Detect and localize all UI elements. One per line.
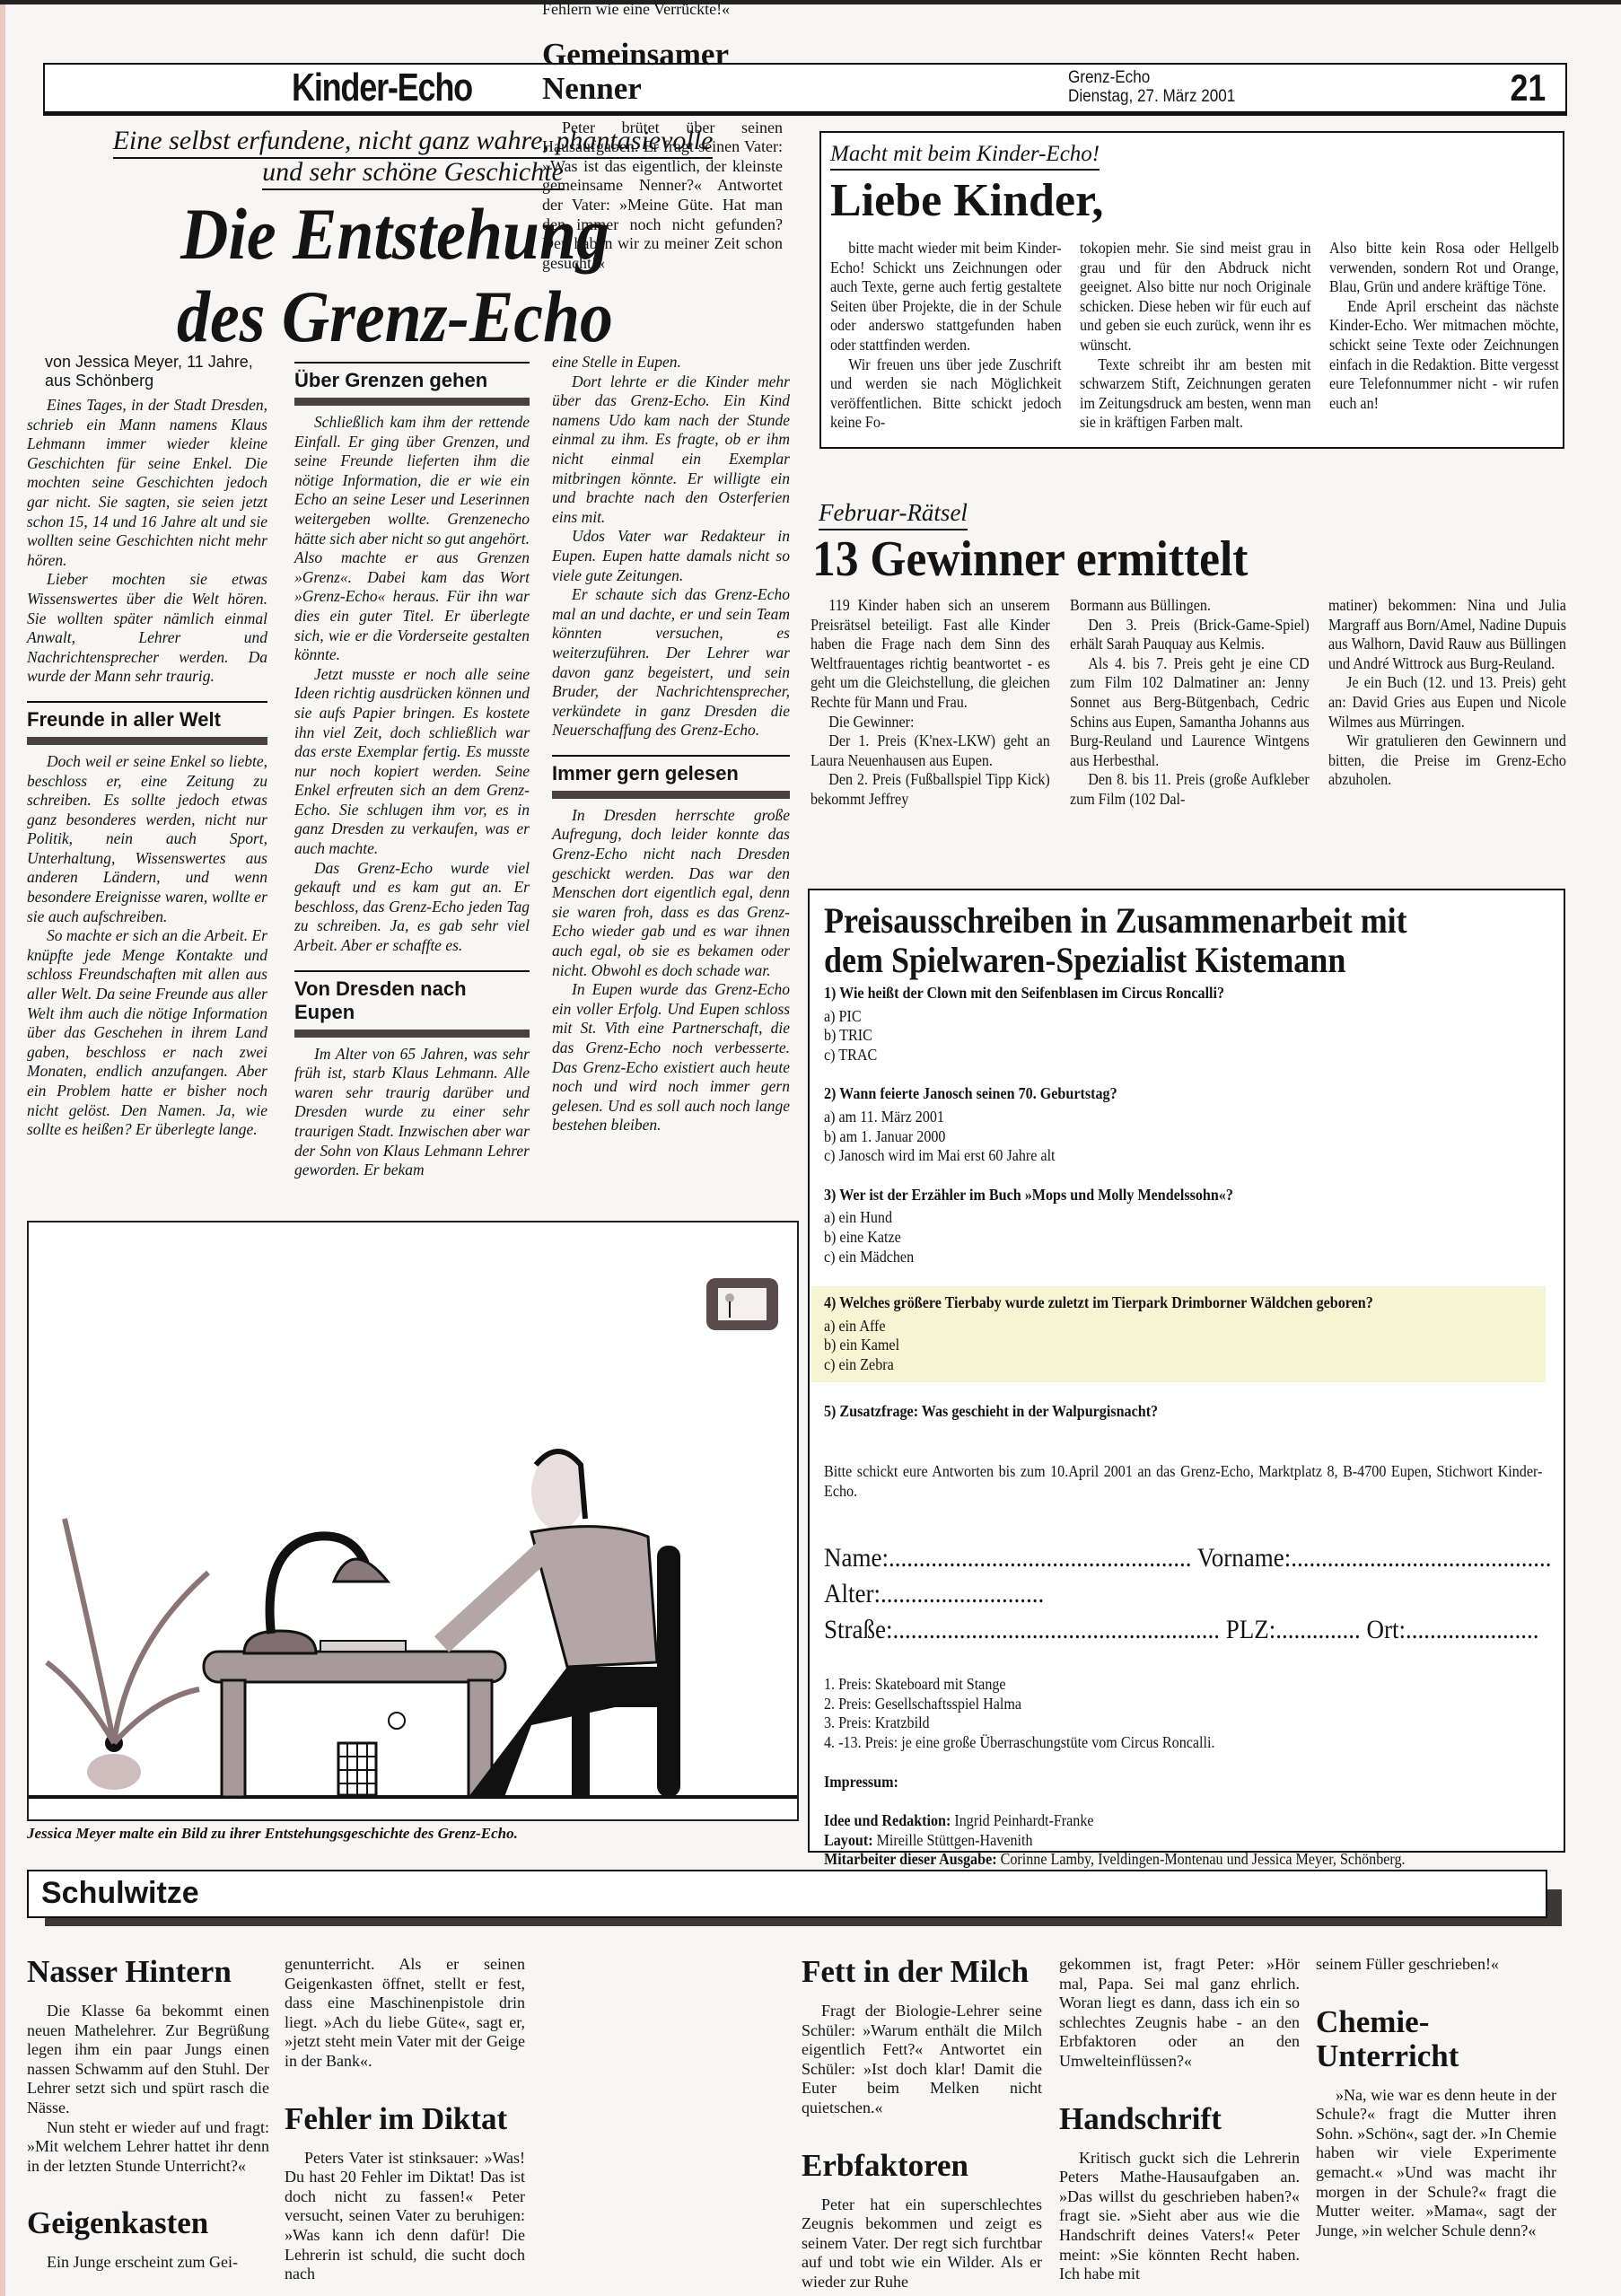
paragraph: Das Grenz-Echo wurde viel gekauft und es… [294,859,530,956]
paragraph: Die Gewinner: [810,713,1050,732]
question-text: 2) Wann feierte Janosch seinen 70. Gebur… [824,1084,1485,1104]
plz-label: PLZ: [1226,1615,1276,1644]
paragraph: Wir freuen uns über jede Zuschrift und w… [830,355,1062,433]
strasse-label: Straße: [824,1615,892,1644]
prize-item: 3. Preis: Kratzbild [824,1713,1485,1733]
schulwitze-bar-shadow [1547,1889,1562,1925]
paragraph: Also bitte kein Rosa oder Hellgelb verwe… [1329,239,1559,297]
drawing-illustration [29,1222,797,1819]
subhead: Über Grenzen gehen [294,362,530,406]
story-column-3: eine Stelle in Eupen. Dort lehrte er die… [552,353,790,1135]
quiz: 1) Wie heißt der Clown mit den Seifenbla… [824,984,1542,1870]
paragraph: matiner) bekommen: Nina und Julia Margra… [1328,596,1566,673]
paragraph: eine Stelle in Eupen. [552,353,790,372]
jokes-column-2: genunterricht. Als er seinen Geigenkaste… [285,1955,525,2284]
jokes-column-4: Fett in der Milch Fragt der Biologie-Leh… [802,1955,1042,2292]
answer-option: a) PIC [824,1007,1485,1027]
question-text: 4) Welches größere Tierbaby wurde zuletz… [824,1293,1476,1313]
question-text: 3) Wer ist der Erzähler im Buch »Mops un… [824,1186,1485,1205]
impressum-mitarbeiter: Mitarbeiter dieser Ausgabe: Corinne Lamb… [824,1850,1542,1870]
paragraph: Im Alter von 65 Jahren, was sehr früh is… [294,1045,530,1180]
kicker-text: und sehr schöne Geschichte [262,157,564,190]
paragraph: Lieber mochten sie etwas Wissenswertes ü… [27,570,267,687]
page-edge [0,0,5,2296]
joke-title: Chemie-Unterricht [1316,2005,1556,2073]
impressum-label: Idee und Redaktion: [824,1811,951,1829]
byline: von Jessica Meyer, 11 Jahre, aus Schönbe… [27,353,267,390]
impressum-value: Ingrid Peinhardt-Franke [951,1811,1093,1829]
joke-title: Fehler im Diktat [285,2102,525,2136]
prize-item: 2. Preis: Gesellschaftsspiel Halma [824,1695,1485,1714]
lamp-icon [244,1631,316,1653]
answer-option: b) am 1. Januar 2000 [824,1127,1485,1147]
paragraph: Texte schreibt ihr am besten mit schwarz… [1080,355,1311,433]
jokes-column-5: gekommen ist, fragt Peter: »Hör mal, Pap… [1059,1955,1300,2284]
section-title: Kinder-Echo [292,65,472,111]
prize-list: 1. Preis: Skateboard mit Stange 2. Preis… [824,1675,1542,1752]
name-field[interactable]: ........................................… [889,1543,1192,1573]
joke-text: gekommen ist, fragt Peter: »Hör mal, Pap… [1059,1955,1300,2072]
joke-text: Nun steht er wieder auf und fragt: »Mit … [27,2118,269,2177]
ort-label: Ort: [1366,1615,1405,1644]
vorname-label: Vorname: [1197,1543,1291,1573]
answer-option: c) ein Zebra [824,1355,1476,1375]
impressum-value: Mireille Stüttgen-Havenith [873,1831,1033,1849]
masthead: Kinder-Echo Grenz-Echo Dienstag, 27. Mär… [43,63,1567,116]
vorname-field[interactable]: ........................................… [1291,1543,1551,1573]
paragraph: Den 8. bis 11. Preis (große Aufkleber zu… [1070,770,1310,809]
joke-title: Nasser Hintern [27,1955,269,1989]
page-top-edge [0,0,1621,4]
jokes-column-6: seinem Füller geschrieben!« Chemie-Unter… [1316,1955,1556,2240]
paragraph: Als 4. bis 7. Preis geht je eine CD zum … [1070,654,1310,771]
impressum-layout: Layout: Mireille Stüttgen-Havenith [824,1831,1485,1851]
answer-option: a) ein Hund [824,1208,1485,1228]
impressum-label: Layout: [824,1831,873,1849]
answer-option: c) ein Mädchen [824,1248,1485,1267]
jokes-column-1: Nasser Hintern Die Klasse 6a bekommt ein… [27,1955,269,2273]
paragraph: Bormann aus Büllingen. [1070,596,1310,616]
raetsel-column-1: 119 Kinder haben sich an unserem Preisrä… [810,596,1050,810]
person-icon [531,1454,585,1529]
subhead: Immer gern gelesen [552,755,790,799]
paper-info: Grenz-Echo Dienstag, 27. März 2001 [1068,68,1235,106]
desk-icon [204,1652,505,1682]
liebe-kinder-column-3: Also bitte kein Rosa oder Hellgelb verwe… [1329,239,1559,413]
preisausschreiben-title: Preisausschreiben in Zusammenarbeit mit … [824,901,1551,980]
schulwitze-bar: Schulwitze [27,1870,1547,1918]
jokes-column-3: Fehlern wie eine Verrückte!« Gemeinsamer… [542,0,783,273]
joke-text: Peters Vater ist stinksauer: »Was! Du ha… [285,2149,525,2284]
liebe-kinder-box: Macht mit beim Kinder-Echo! Liebe Kinder… [819,131,1564,449]
paragraph: Der 1. Preis (K'nex-LKW) geht an Laura N… [810,732,1050,770]
liebe-kinder-kicker: Macht mit beim Kinder-Echo! [830,142,1100,171]
quiz-question-5: 5) Zusatzfrage: Was geschieht in der Wal… [824,1402,1542,1422]
joke-text: Kritisch guckt sich die Lehrerin Peters … [1059,2149,1300,2284]
paragraph: 119 Kinder haben sich an unserem Preisrä… [810,596,1050,713]
answer-option: b) ein Kamel [824,1336,1476,1355]
raetsel-kicker: Februar-Rätsel [819,499,968,530]
impressum-label: Mitarbeiter dieser Ausgabe: [824,1850,997,1868]
send-info: Bitte schickt eure Antworten bis zum 10.… [824,1462,1542,1501]
strasse-field[interactable]: ........................................… [892,1615,1220,1644]
question-text: 5) Zusatzfrage: Was geschieht in der Wal… [824,1402,1485,1422]
story-column-2: Über Grenzen gehen Schließlich kam ihm d… [294,353,530,1180]
quiz-question-1: 1) Wie heißt der Clown mit den Seifenbla… [824,984,1542,1065]
paragraph: Jetzt musste er noch alle seine Ideen ri… [294,665,530,859]
title-line: Preisausschreiben in Zusammenarbeit mit [824,901,1551,941]
liebe-kinder-column-1: bitte macht wieder mit beim Kinder-Echo!… [830,239,1062,433]
joke-text: seinem Füller geschrieben!« [1316,1955,1556,1975]
quiz-question-4: 4) Welches größere Tierbaby wurde zuletz… [811,1286,1546,1381]
joke-title: Geigenkasten [27,2206,269,2240]
paragraph: Wir gratulieren den Gewinnern und bitten… [1328,732,1566,790]
plz-field[interactable]: .............. [1275,1615,1361,1644]
story-column-1: von Jessica Meyer, 11 Jahre, aus Schönbe… [27,353,267,1140]
paragraph: Udos Vater war Redakteur in Eupen. Eupen… [552,527,790,585]
page-number: 21 [1511,65,1547,111]
impressum-heading: Impressum: [824,1773,1485,1792]
subhead: Freunde in aller Welt [27,701,267,745]
paragraph: Dort lehrte er die Kinder mehr über das … [552,372,790,528]
paragraph: Er schaute sich das Grenz-Echo mal an un… [552,585,790,741]
answer-option: b) TRIC [824,1026,1485,1046]
paragraph: Ende April erscheint das nächste Kinder-… [1329,297,1559,414]
paragraph: In Dresden herrschte große Aufregung, do… [552,806,790,980]
paragraph: bitte macht wieder mit beim Kinder-Echo!… [830,239,1062,355]
joke-text: genunterricht. Als er seinen Geigenkaste… [285,1955,525,2072]
raetsel-column-2: Bormann aus Büllingen. Den 3. Preis (Bri… [1070,596,1310,810]
quiz-question-3: 3) Wer ist der Erzähler im Buch »Mops un… [824,1186,1542,1266]
liebe-kinder-title: Liebe Kinder, [830,174,1103,228]
drawing-caption: Jessica Meyer malte ein Bild zu ihrer En… [27,1825,518,1843]
paragraph: tokopien mehr. Sie sind meist grau in gr… [1080,239,1311,355]
name-label: Name: [824,1543,889,1573]
joke-text: »Na, wie war es denn heute in der Schule… [1316,2086,1556,2241]
joke-text: Ein Junge erscheint zum Gei- [27,2253,269,2273]
answer-option: b) eine Katze [824,1228,1485,1248]
preisausschreiben-box: Preisausschreiben in Zusammenarbeit mit … [808,889,1565,1853]
joke-text: Peter brütet über seinen Hausaufgaben. E… [542,118,783,274]
joke-text: Die Klasse 6a bekommt einen neuen Mathel… [27,2002,269,2118]
answer-option: c) Janosch wird im Mai erst 60 Jahre alt [824,1146,1485,1166]
paragraph: Den 2. Preis (Fußballspiel Tipp Kick) be… [810,770,1050,809]
paragraph: In Eupen wurde das Grenz-Echo ein voller… [552,980,790,1135]
plant-pot-icon [87,1754,141,1790]
quiz-question-2: 2) Wann feierte Janosch seinen 70. Gebur… [824,1084,1542,1165]
paragraph: Doch weil er seine Enkel so liebte, besc… [27,752,267,926]
paragraph: Eines Tages, in der Stadt Dresden, schri… [27,396,267,570]
joke-text: Fragt der Biologie-Lehrer seine Schüler:… [802,2002,1042,2118]
answer-option: a) am 11. März 2001 [824,1108,1485,1127]
joke-title: Fett in der Milch [802,1955,1042,1989]
paragraph: Den 3. Preis (Brick-Game-Spiel) erhält S… [1070,616,1310,654]
schulwitze-title: Schulwitze [41,1875,199,1911]
joke-title: Gemeinsamer Nenner [542,38,783,106]
headline-line: des Grenz-Echo [112,276,678,358]
title-line: dem Spielwaren-Spezialist Kistemann [824,941,1551,980]
impressum-value: Corinne Lamby, Iveldingen-Montenau und J… [997,1850,1406,1868]
answer-option: c) TRAC [824,1046,1485,1065]
joke-title: Handschrift [1059,2102,1300,2136]
joke-text: Fehlern wie eine Verrückte!« [542,0,783,20]
prize-item: 4. -13. Preis: je eine große Überraschun… [824,1733,1485,1753]
form-row-address: Straße:.................................… [824,1612,1470,1648]
subhead: Von Dresden nach Eupen [294,970,530,1038]
answer-option: a) ein Affe [824,1317,1476,1336]
alter-field[interactable]: ........................... [881,1579,1044,1608]
schulwitze-bar-shadow [45,1918,1562,1926]
paragraph: Schließlich kam ihm der rettende Einfall… [294,413,530,665]
form-row-name: Name:...................................… [824,1540,1470,1576]
prize-item: 1. Preis: Skateboard mit Stange [824,1675,1485,1695]
raetsel-column-3: matiner) bekommen: Nina und Julia Margra… [1328,596,1566,790]
paragraph: So machte er sich an die Arbeit. Er knüp… [27,926,267,1140]
issue-date: Dienstag, 27. März 2001 [1068,87,1235,106]
joke-title: Erbfaktoren [802,2149,1042,2183]
child-drawing [27,1221,799,1821]
liebe-kinder-column-2: tokopien mehr. Sie sind meist grau in gr… [1080,239,1311,433]
impressum-idee: Idee und Redaktion: Ingrid Peinhardt-Fra… [824,1811,1485,1831]
paragraph: Je ein Buch (12. und 13. Preis) geht an:… [1328,673,1566,732]
joke-text: Peter hat ein superschlechtes Zeugnis be… [802,2195,1042,2292]
ort-field[interactable]: ...................... [1406,1615,1539,1644]
form-row-alter: Alter:........................... [824,1576,1470,1612]
raetsel-title: 13 Gewinner ermittelt [812,530,1248,589]
question-text: 1) Wie heißt der Clown mit den Seifenbla… [824,984,1485,1003]
alter-label: Alter: [824,1579,881,1608]
paper-name: Grenz-Echo [1068,68,1235,87]
